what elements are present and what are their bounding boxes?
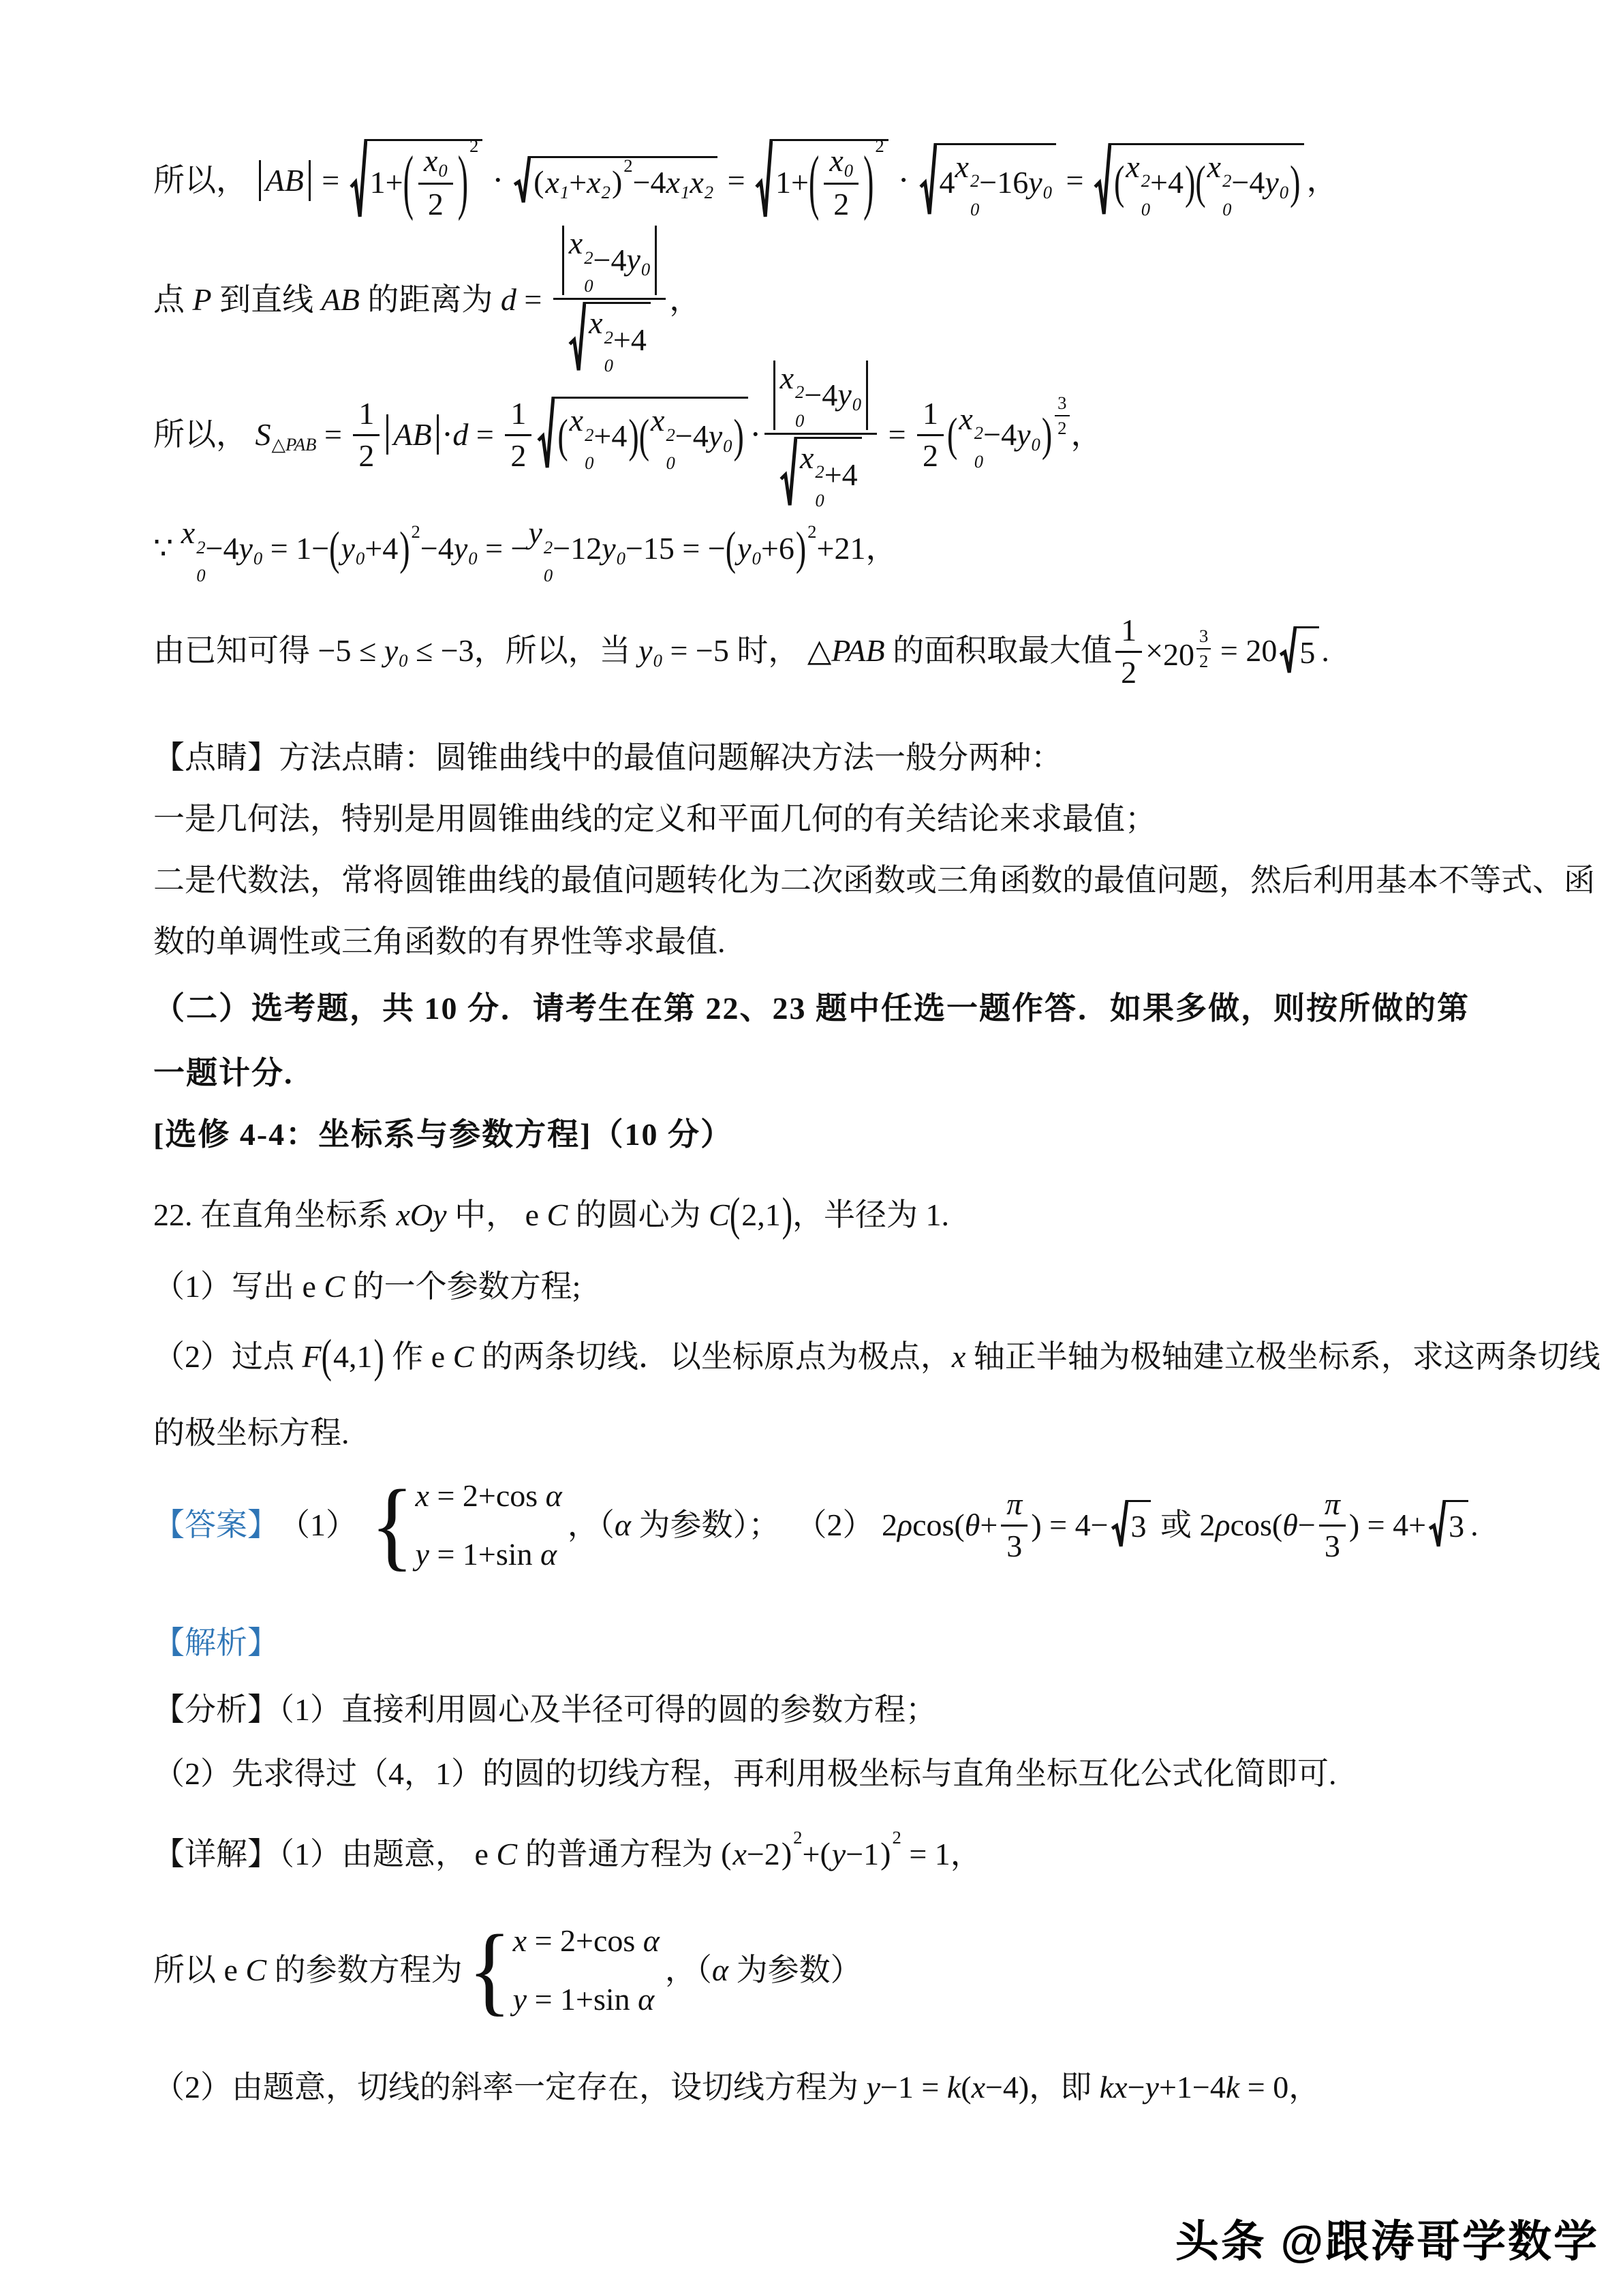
text-run: 一题计分.	[153, 1053, 294, 1094]
text-run: 2	[585, 425, 593, 445]
text-run: 或 2	[1153, 1505, 1216, 1546]
text-run: 0	[970, 199, 979, 219]
math-token: x20	[569, 226, 593, 295]
text-run: 的普通方程为	[517, 1834, 721, 1875]
math-token: k	[947, 2067, 961, 2108]
math-token: π	[1006, 1486, 1022, 1522]
note-method-algebraic-cont: 数的单调性或三角函数的有界性等求最值.	[153, 921, 726, 962]
text-run: 2	[623, 155, 632, 176]
text-run: 的圆心为	[568, 1195, 709, 1236]
parenthesized-group: (x02)2	[809, 142, 884, 221]
text-run: −	[1298, 1505, 1316, 1546]
square-root: (x1+x2)2−4x1x2	[513, 156, 717, 205]
text-run: +1−4	[1159, 2067, 1226, 2108]
text-run: 2	[807, 521, 816, 542]
radical-sign-icon	[1279, 626, 1297, 675]
math-token: y0	[1265, 162, 1288, 203]
text-run: = −	[478, 528, 529, 569]
text-run: ，	[1306, 160, 1338, 201]
math-token: y0	[1028, 162, 1052, 203]
text-run: = 2+cos	[527, 1920, 643, 1961]
text-run: 0	[666, 453, 675, 473]
text-run: 0	[1043, 182, 1052, 202]
analysis-part1: 【分析】（1）直接利用圆心及半径可得的圆的参数方程；	[153, 1689, 937, 1731]
text-run: 2	[196, 537, 205, 557]
text-run: 0	[356, 548, 365, 568]
text-run: (	[961, 2067, 971, 2108]
note-method-geometric: 一是几何法，特别是用圆锥曲线的定义和平面几何的有关结论来求最值；	[153, 799, 1156, 840]
text-run: −4	[675, 416, 709, 457]
math-token: y20	[528, 512, 553, 585]
text-run: +	[569, 162, 587, 203]
text-run: 一是几何法，特别是用圆锥曲线的定义和平面几何的有关结论来求最值；	[153, 799, 1156, 840]
fraction: x20−4y0x20+4	[553, 225, 666, 374]
math-token: F	[303, 1336, 322, 1377]
text-run: −4	[983, 414, 1017, 455]
text-run: 0	[723, 435, 732, 456]
math-token: y	[513, 1979, 527, 2020]
text-run: 0	[974, 451, 983, 472]
math-token: y0	[602, 528, 625, 569]
text-run: ⋅	[750, 414, 761, 455]
absolute-value: x20−4y0	[562, 226, 657, 295]
text-run: −15 = −	[625, 528, 726, 569]
text-run: 0	[653, 650, 662, 671]
text-run: 的两条切线．以坐标原点为极点，	[474, 1336, 952, 1377]
math-token: y	[867, 2067, 880, 2108]
fraction: 32	[1196, 626, 1211, 672]
parenthesized-group: (y0+4)2	[329, 528, 420, 569]
parenthesized-group: (4,1)	[322, 1336, 384, 1377]
text-run: 2	[544, 537, 553, 557]
text-run: +	[802, 1834, 820, 1875]
text-run: 22. 在直角坐标系	[153, 1195, 397, 1236]
text-run: 0	[641, 259, 650, 279]
text-run: 0	[1032, 434, 1040, 455]
math-token: PAB	[831, 630, 884, 671]
label-token: 【答案】	[153, 1505, 279, 1546]
text-run: 【详解】（1）由题意， e	[153, 1834, 496, 1875]
text-run: 1	[923, 396, 938, 431]
cases-system: {x = 2+cos αy = 1+sin α	[468, 1920, 660, 2020]
math-token: C	[496, 1834, 517, 1875]
text-run: = 1+sin	[527, 1979, 638, 2020]
radical-sign-icon	[919, 143, 937, 219]
math-token: y0	[837, 377, 861, 414]
text-run: 2	[705, 182, 713, 202]
text-run: ∵	[153, 528, 181, 569]
formula-ab-length: 所以， AB = 1+(x02)2 ⋅ (x1+x2)2−4x1x2 = 1+(…	[153, 129, 1338, 232]
brace-icon: {	[371, 1475, 414, 1575]
text-run: 2	[833, 187, 849, 222]
text-run: −4	[1231, 162, 1265, 203]
fraction: x20−4y0x20+4	[764, 360, 877, 509]
text-run: 0	[544, 565, 553, 585]
text-run: −12	[553, 528, 602, 569]
math-token: y0	[709, 416, 732, 457]
text-run: 2	[815, 461, 824, 482]
text-run: =	[316, 414, 350, 455]
math-token: d	[452, 414, 468, 455]
text-run: ，	[669, 279, 700, 320]
text-run: （2）先求得过（4，1）的圆的切线方程，再利用极坐标与直角坐标互化公式化简即可.	[153, 1754, 1337, 1794]
parenthesized-group: (x02)2	[403, 142, 479, 221]
text-run: ) = 4−	[1031, 1505, 1108, 1546]
fraction: x02	[824, 142, 859, 221]
math-token: xOy	[397, 1195, 447, 1236]
text-run: ，（	[568, 1505, 615, 1546]
text-run: 1	[560, 182, 569, 202]
text-run: 【点睛】方法点睛：圆锥曲线中的最值问题解决方法一般分两种：	[153, 737, 1062, 778]
math-token: PAB	[285, 434, 316, 455]
text-run: （1）	[279, 1505, 365, 1546]
text-run: 4	[940, 162, 955, 203]
detail-parametric-equation: 所以 e C 的参数方程为{x = 2+cos αy = 1+sin α，（α …	[153, 1907, 862, 2033]
absolute-value: AB	[259, 160, 311, 201]
math-token: y0	[239, 528, 263, 569]
text-run: = −5 时， △	[662, 630, 831, 671]
math-token: y0	[737, 528, 761, 569]
text-run: = 1−	[262, 528, 329, 569]
text-run: 0	[815, 490, 824, 510]
math-token: x20	[959, 399, 983, 471]
text-run: cos(	[1231, 1505, 1283, 1546]
math-token: x20	[955, 147, 980, 219]
math-token: y	[1145, 2067, 1159, 2108]
fraction: π3	[1319, 1486, 1346, 1563]
math-token: ρ	[897, 1505, 912, 1546]
math-token: x	[972, 2067, 985, 2108]
square-root: 3	[1428, 1500, 1468, 1549]
text-run: 0	[617, 548, 625, 568]
formula-substitution: ∵ x20−4y0 = 1−(y0+4)2−4y0 = −y20−12y0−15…	[153, 521, 897, 576]
math-token: x1	[666, 162, 690, 203]
text-run: 2	[1222, 170, 1231, 191]
analysis-label: 【解析】	[153, 1622, 279, 1664]
math-token: y0	[1017, 414, 1040, 455]
math-token: α	[546, 1475, 562, 1516]
fraction: 12	[1115, 612, 1142, 690]
math-token: x2	[690, 162, 713, 203]
radical-sign-icon	[1428, 1500, 1446, 1549]
math-token: y	[832, 1834, 846, 1875]
math-token: x	[513, 1920, 527, 1961]
math-token: ρ	[1216, 1505, 1231, 1546]
math-token: C	[245, 1950, 266, 1991]
parenthesized-group: (x20+4)	[1114, 147, 1195, 219]
watermark: 头条 @跟涛哥学数学	[1175, 2207, 1599, 2269]
text-run: = 1+sin	[429, 1534, 540, 1575]
header-optional-questions: （二）选考题，共 10 分．请考生在第 22、23 题中任选一题作答．如果多做，…	[153, 987, 1470, 1030]
text-run: ⋅	[442, 414, 453, 455]
text-run: 2	[1199, 652, 1208, 672]
text-run: 2	[793, 1827, 802, 1848]
text-run: 2	[892, 1827, 901, 1848]
math-token: π	[1325, 1486, 1340, 1522]
math-token: y0	[341, 528, 365, 569]
text-run: 1	[510, 396, 526, 431]
text-run: 2	[604, 327, 613, 348]
text-run: 0	[438, 160, 447, 181]
math-token: y0	[638, 630, 662, 671]
text-run: 所以，	[153, 414, 256, 455]
text-run: 2	[974, 423, 983, 443]
text-run: 作 e	[384, 1336, 453, 1377]
text-run: 0	[795, 410, 804, 431]
math-token: x20	[181, 512, 206, 585]
text-run: 2	[1057, 418, 1066, 439]
math-token: y	[416, 1534, 429, 1575]
text-run: 的参数方程为	[266, 1950, 463, 1991]
text-run: +4	[824, 457, 858, 493]
math-token: θ	[1282, 1505, 1298, 1546]
radical-sign-icon	[513, 156, 531, 205]
text-run: 的距离为	[360, 279, 501, 320]
parenthesized-group: (x1+x2)2	[534, 162, 632, 203]
math-token: k	[1226, 2067, 1239, 2108]
square-root: (x20+4)(x20−4y0)	[537, 397, 748, 472]
text-run: −1	[846, 1834, 879, 1875]
formula-max-value: 由已知可得 −5 ≤ y0 ≤ −3，所以，当 y0 = −5 时， △PAB …	[153, 603, 1329, 699]
math-token: x	[416, 1475, 429, 1516]
math-token: x2	[587, 162, 610, 203]
text-run: 2	[795, 382, 804, 402]
text-run: =	[314, 160, 347, 201]
text-run: 2,1	[741, 1195, 781, 1236]
text-run: 3	[1449, 1506, 1464, 1547]
text-run: 点	[153, 279, 193, 320]
math-token: kx	[1100, 2067, 1128, 2108]
text-run: =	[720, 160, 753, 201]
text-run: −16	[979, 162, 1028, 203]
text-run: −4	[593, 243, 627, 278]
radical-sign-icon	[537, 397, 555, 472]
document-page: 头条 @跟涛哥学数学 所以， AB = 1+(x02)2 ⋅ (x1+x2)2−…	[0, 0, 1623, 2296]
text-run: −4	[804, 378, 837, 413]
text-run: 2	[510, 438, 526, 474]
radical-sign-icon	[755, 139, 773, 221]
text-run: 2	[584, 247, 593, 268]
brace-icon: {	[468, 1920, 512, 2020]
radical-sign-icon	[1111, 1500, 1128, 1549]
text-run: 3	[1006, 1529, 1022, 1564]
math-token: x20	[800, 440, 824, 510]
math-token: x20	[589, 305, 613, 375]
question-22-part1: （1）写出 e C 的一个参数方程;	[153, 1266, 581, 1308]
text-run: 2	[469, 136, 478, 156]
text-run: 的面积取最大值	[885, 630, 1113, 671]
text-run: ，（	[665, 1950, 712, 1991]
text-run: 轴正半轴为极轴建立极坐标系，求这两条切线	[965, 1336, 1601, 1377]
text-run: 1+	[775, 162, 809, 203]
text-run: 1	[681, 182, 690, 202]
text-run: +4	[365, 528, 398, 569]
text-run: 5	[1299, 632, 1315, 673]
text-run: ≤ −3，所以，当	[407, 630, 638, 671]
text-run: 2	[970, 170, 979, 191]
math-token: y0	[626, 242, 650, 279]
text-run: 4,1	[333, 1336, 373, 1377]
text-run: = 1，	[901, 1834, 982, 1875]
text-run: 1	[358, 396, 374, 431]
text-run: 0	[196, 565, 205, 585]
math-token: α	[540, 1534, 557, 1575]
detail-part2-tangent: （2）由题意，切线的斜率一定存在，设切线方程为 y−1 = k(x−4)，即 k…	[153, 2058, 1320, 2116]
text-run: 1	[1121, 613, 1137, 648]
text-run: =	[880, 414, 914, 455]
text-run: （1）写出 e	[153, 1266, 324, 1307]
text-run: = 20	[1212, 630, 1277, 671]
math-token: x	[952, 1336, 965, 1377]
text-run: 3	[1325, 1529, 1340, 1564]
math-token: x20	[570, 400, 594, 472]
question-22-part2: （2）过点 F(4,1) 作 e C 的两条切线．以坐标原点为极点，x 轴正半轴…	[153, 1328, 1601, 1386]
text-run: 所以 e	[153, 1950, 245, 1991]
answer-line: 【答案】（1） {x = 2+cos αy = 1+sin α，（α 为参数）；…	[153, 1465, 1479, 1585]
label-token: 【解析】	[153, 1623, 279, 1664]
text-run: 0	[844, 160, 853, 181]
radical-sign-icon	[350, 139, 367, 221]
text-run: 0	[253, 548, 262, 568]
text-run: 2	[358, 438, 374, 474]
text-run: 2	[666, 425, 675, 445]
text-run: 为参数）； （2） 2	[631, 1505, 897, 1546]
radical-sign-icon	[1094, 143, 1111, 219]
text-run: = 2+cos	[429, 1475, 546, 1516]
math-token: α	[638, 1979, 654, 2020]
text-run: =	[468, 414, 501, 455]
text-run: +21，	[817, 528, 897, 569]
text-run: −4)，即	[985, 2067, 1100, 2108]
header-optional-questions-cont: 一题计分.	[153, 1052, 294, 1095]
text-run: 0	[1141, 199, 1150, 219]
text-run: 二是代数法，常将圆锥曲线的最值问题转化为二次函数或三角函数的最值问题，然后利用基…	[153, 860, 1595, 901]
fraction: 12	[917, 395, 944, 473]
math-token: 2032	[1163, 626, 1212, 675]
text-run: =	[1058, 160, 1092, 201]
parenthesized-group: (y−1)2	[820, 1834, 901, 1875]
text-run: ，半径为 1.	[792, 1195, 949, 1236]
math-token: AB	[322, 279, 360, 320]
math-token: d	[501, 279, 516, 320]
note-method-algebraic: 二是代数法，常将圆锥曲线的最值问题转化为二次函数或三角函数的最值问题，然后利用基…	[153, 860, 1595, 901]
text-run: −4	[206, 528, 239, 569]
math-token: x20	[651, 400, 675, 472]
parenthesized-group: (x20+4)	[557, 400, 638, 472]
text-run: 中， e	[447, 1195, 547, 1236]
text-run: 2	[1121, 655, 1137, 690]
formula-triangle-area: 所以， S△PAB = 12AB⋅d = 12(x20+4)(x20−4y0)⋅…	[153, 371, 1102, 498]
text-run: 3	[1199, 626, 1208, 647]
text-run: 1+	[370, 162, 403, 203]
square-root: x20+4	[779, 437, 862, 510]
text-run: = 0，	[1239, 2067, 1320, 2108]
text-run: 到直线	[212, 279, 322, 320]
square-root: 1+(x02)2	[350, 139, 483, 221]
text-run: 【分析】（1）直接利用圆心及半径可得的圆的参数方程；	[153, 1689, 937, 1730]
text-run: .	[1321, 630, 1329, 671]
math-token: x20	[1207, 147, 1232, 219]
note-dianjing: 【点睛】方法点睛：圆锥曲线中的最值问题解决方法一般分两种：	[153, 737, 1062, 778]
absolute-value: x20−4y0	[773, 361, 868, 430]
text-run: 0	[752, 548, 761, 568]
radical-sign-icon	[779, 437, 797, 510]
text-run: （2）由题意，切线的斜率一定存在，设切线方程为	[153, 2067, 867, 2108]
fraction: x02	[418, 142, 453, 221]
text-run: 由已知可得 −5 ≤	[153, 630, 384, 671]
math-token: x20	[1126, 147, 1150, 219]
math-token: C	[324, 1266, 345, 1307]
text-run: 的极坐标方程.	[153, 1413, 350, 1454]
square-root: 5	[1279, 626, 1319, 675]
text-run: 的一个参数方程;	[345, 1266, 581, 1307]
text-run: .	[1470, 1505, 1479, 1546]
text-run: 0	[1280, 182, 1288, 202]
text-run: 0	[585, 453, 593, 473]
formula-distance-to-ab: 点 P 到直线 AB 的距离为 d = x20−4y0x20+4，	[153, 249, 700, 351]
parenthesized-group: (x−2)2	[721, 1834, 802, 1875]
text-run: ⋅	[891, 160, 917, 201]
parenthesized-group: (2,1)	[730, 1195, 792, 1236]
detail-part1-equation: 【详解】（1）由题意， e C 的普通方程为 (x−2)2+(y−1)2 = 1…	[153, 1825, 982, 1883]
math-token: x1	[545, 162, 569, 203]
text-run: 3	[1131, 1506, 1147, 1547]
math-token: C	[453, 1336, 474, 1377]
fraction: 12	[353, 395, 380, 473]
text-run: +4	[593, 416, 627, 457]
text-run: −2	[747, 1834, 780, 1875]
fraction: π3	[1001, 1486, 1027, 1563]
math-token: α	[643, 1920, 660, 1961]
text-run: 3	[1057, 393, 1066, 414]
text-run: 0	[1222, 199, 1231, 219]
square-root: 1+(x02)2	[755, 139, 888, 221]
text-run: cos(	[912, 1505, 965, 1546]
parenthesized-group: (y0+6)2	[726, 528, 817, 569]
text-run: =	[516, 279, 550, 320]
fraction: 12	[505, 395, 531, 473]
square-root: x20+4	[568, 302, 651, 375]
text-run: −4	[420, 528, 454, 569]
text-run: （2）过点	[153, 1336, 303, 1377]
math-token: C	[709, 1195, 730, 1236]
text-run: 2	[1141, 170, 1150, 191]
text-run: 2	[602, 182, 610, 202]
text-run: −	[1128, 2067, 1145, 2108]
text-run: −4	[633, 162, 666, 203]
math-token: AB	[266, 160, 304, 201]
math-token: y0	[384, 630, 408, 671]
math-token: α	[615, 1505, 631, 1546]
text-run: −1 =	[880, 2067, 947, 2108]
math-token: α	[712, 1950, 728, 1991]
text-run: 2	[412, 521, 420, 542]
text-run: 数的单调性或三角函数的有界性等求最值.	[153, 921, 726, 962]
absolute-value: AB	[386, 414, 438, 455]
text-run: 2	[875, 136, 884, 156]
math-token: x0	[829, 143, 853, 180]
question-22-part2-cont: 的极坐标方程.	[153, 1412, 350, 1454]
text-run: 所以，	[153, 160, 256, 201]
text-run: 2	[923, 438, 938, 474]
math-token: △	[272, 434, 286, 455]
math-token: AB	[393, 414, 431, 455]
text-run: 2	[428, 187, 444, 222]
text-run: 0	[852, 394, 861, 414]
math-token: C	[546, 1195, 568, 1236]
text-run: +4	[1150, 162, 1184, 203]
text-run: ⋅	[484, 160, 511, 201]
